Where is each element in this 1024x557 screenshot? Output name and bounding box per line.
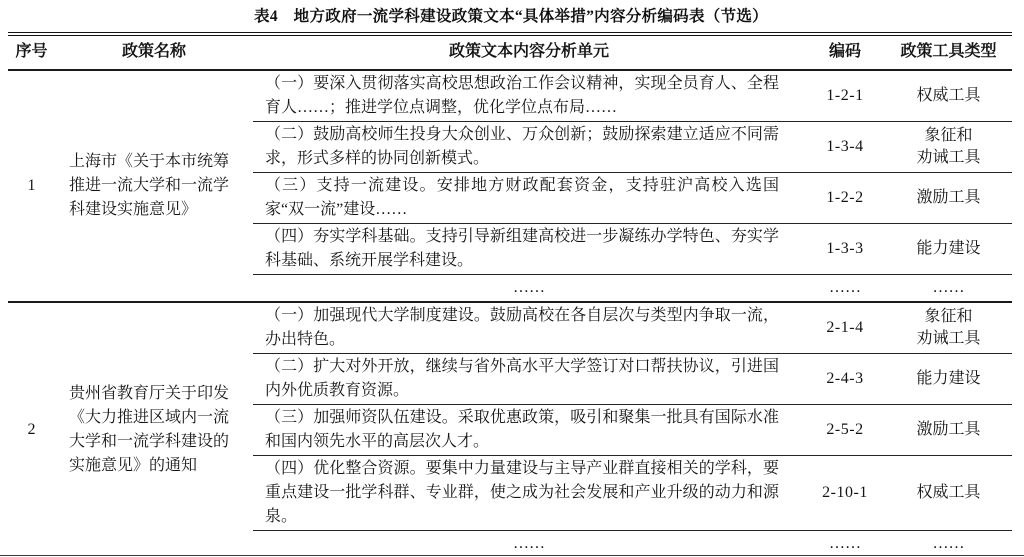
column-header-policy-name: 政策名称	[55, 34, 253, 70]
tool-type-cell: 激励工具	[885, 405, 1012, 456]
unit-cell: （一）加强现代大学制度建设。鼓励高校在各自层次与类型内争取一流，办出特色。	[253, 302, 805, 354]
tool-ellipsis-cell: ……	[885, 531, 1012, 557]
table-title: 表4 地方政府一流学科建设政策文本“具体举措”内容分析编码表（节选）	[8, 4, 1014, 32]
unit-cell: （四）优化整合资源。要集中力量建设与主导产业群直接相关的学科，要重点建设一批学科…	[253, 456, 805, 531]
code-cell: 1-2-2	[805, 173, 885, 224]
code-cell: 1-2-1	[805, 70, 885, 122]
code-cell: 1-3-3	[805, 224, 885, 275]
tool-type-cell: 权威工具	[885, 70, 1012, 122]
unit-cell: （四）夯实学科基础。支持引导新组建高校进一步凝练办学特色、夯实学科基础、系统开展…	[253, 224, 805, 275]
code-cell: 2-5-2	[805, 405, 885, 456]
unit-cell: （二）扩大对外开放，继续与省外高水平大学签订对口帮扶协议，引进国内外优质教育资源…	[253, 354, 805, 405]
tool-type-cell: 权威工具	[885, 456, 1012, 531]
table-row: 1 上海市《关于本市统筹推进一流大学和一流学科建设实施意见》 （一）要深入贯彻落…	[8, 70, 1012, 122]
unit-cell: （二）鼓励高校师生投身大众创业、万众创新；鼓励探索建立适应不同需求，形式多样的协…	[253, 122, 805, 173]
policy-name-cell: 贵州省教育厅关于印发《大力推进区域内一流大学和一流学科建设的实施意见》的通知	[55, 302, 253, 557]
index-cell: 2	[8, 302, 55, 557]
column-header-analysis-unit: 政策文本内容分析单元	[253, 34, 805, 70]
code-cell: 2-10-1	[805, 456, 885, 531]
unit-cell: （三）加强师资队伍建设。采取优惠政策，吸引和聚集一批具有国际水准和国内领先水平的…	[253, 405, 805, 456]
tool-type-cell: 能力建设	[885, 224, 1012, 275]
index-cell: 1	[8, 70, 55, 302]
code-cell: 2-1-4	[805, 302, 885, 354]
column-header-tool-type: 政策工具类型	[885, 34, 1012, 70]
page: 表4 地方政府一流学科建设政策文本“具体举措”内容分析编码表（节选） 序号 政策…	[0, 0, 1024, 557]
unit-ellipsis-cell: ……	[253, 531, 805, 557]
table-body: 1 上海市《关于本市统筹推进一流大学和一流学科建设实施意见》 （一）要深入贯彻落…	[8, 70, 1012, 557]
code-cell: 1-3-4	[805, 122, 885, 173]
code-cell: 2-4-3	[805, 354, 885, 405]
tool-type-cell: 能力建设	[885, 354, 1012, 405]
table-row: 2 贵州省教育厅关于印发《大力推进区域内一流大学和一流学科建设的实施意见》的通知…	[8, 302, 1012, 354]
unit-ellipsis-cell: ……	[253, 275, 805, 303]
unit-cell: （三）支持一流建设。安排地方财政配套资金，支持驻沪高校入选国家“双一流”建设……	[253, 173, 805, 224]
tool-type-cell: 象征和 劝诫工具	[885, 302, 1012, 354]
table-header: 序号 政策名称 政策文本内容分析单元 编码 政策工具类型	[8, 34, 1012, 70]
column-header-code: 编码	[805, 34, 885, 70]
code-ellipsis-cell: ……	[805, 531, 885, 557]
coding-table: 序号 政策名称 政策文本内容分析单元 编码 政策工具类型 1 上海市《关于本市统…	[8, 32, 1012, 557]
tool-type-cell: 象征和 劝诫工具	[885, 122, 1012, 173]
unit-cell: （一）要深入贯彻落实高校思想政治工作会议精神，实现全员育人、全程育人……；推进学…	[253, 70, 805, 122]
column-header-index: 序号	[8, 34, 55, 70]
tool-ellipsis-cell: ……	[885, 275, 1012, 303]
policy-name-cell: 上海市《关于本市统筹推进一流大学和一流学科建设实施意见》	[55, 70, 253, 302]
tool-type-cell: 激励工具	[885, 173, 1012, 224]
header-row: 序号 政策名称 政策文本内容分析单元 编码 政策工具类型	[8, 34, 1012, 70]
code-ellipsis-cell: ……	[805, 275, 885, 303]
page-edge-rule	[0, 555, 1024, 556]
